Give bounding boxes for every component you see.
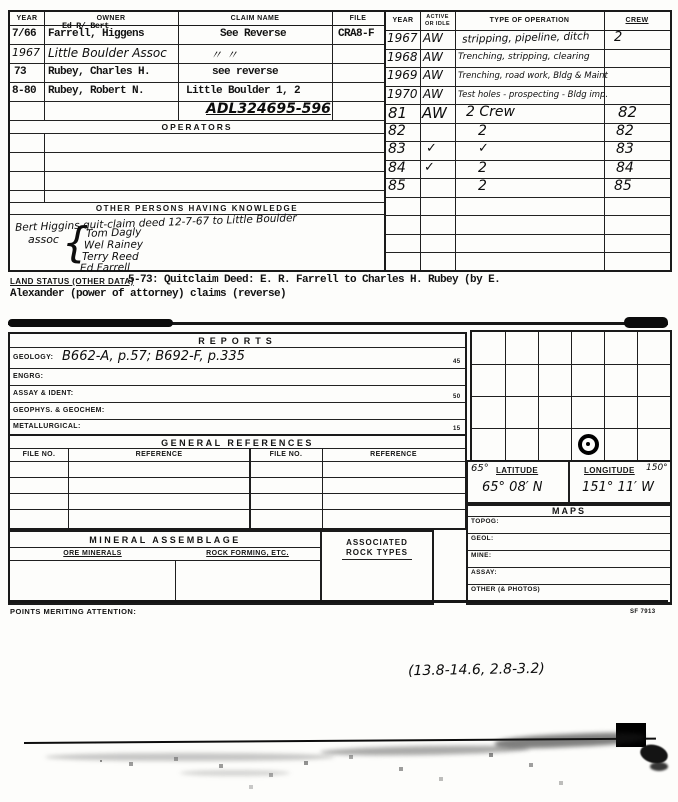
claim-name: See Reverse bbox=[220, 28, 286, 40]
report-label: GEOLOGY: bbox=[13, 354, 53, 361]
claims-header-file: FILE bbox=[332, 15, 384, 22]
ops-crew: 83 bbox=[616, 141, 634, 157]
claims-row: Ed R/ Bert 7/66 Farrell, Higgens See Rev… bbox=[10, 25, 384, 45]
ops-row: 85 2 85 bbox=[386, 178, 670, 198]
genref-header: FILE NO. bbox=[10, 451, 68, 458]
report-label: ENGRG: bbox=[13, 373, 43, 380]
ops-type: stripping, pipeline, ditch bbox=[462, 30, 590, 45]
claim-year: 7/66 bbox=[12, 28, 36, 40]
ops-empty-row bbox=[386, 252, 670, 270]
scan-smudge-band bbox=[45, 753, 335, 761]
ops-header-type: TYPE OF OPERATION bbox=[455, 17, 604, 24]
operators-header: OPERATORS bbox=[10, 120, 384, 134]
latitude-value: 65° 08′ N bbox=[482, 480, 543, 495]
ops-year: 1970 bbox=[387, 87, 418, 101]
operators-title: OPERATORS bbox=[10, 122, 384, 132]
longitude-label: LONGITUDE bbox=[584, 466, 635, 475]
form-number: SF 7913 bbox=[630, 609, 655, 615]
ops-active-idle: ✓ bbox=[424, 160, 435, 175]
maps-section: MAPS TOPOG: GEOL: MINE: ASSAY: OTHER (& … bbox=[466, 502, 672, 605]
ops-year: 1969 bbox=[387, 68, 418, 82]
ops-row: 81 AW 2 Crew 82 bbox=[386, 104, 670, 124]
ops-header-crew: CREW bbox=[604, 17, 670, 24]
ops-type: ✓ bbox=[478, 141, 489, 156]
report-col-num: 50 bbox=[453, 394, 460, 400]
land-status-label: LAND STATUS (OTHER DATA) bbox=[10, 277, 134, 286]
assoc-underline bbox=[342, 559, 412, 560]
genref-header-row: FILE NO. REFERENCE FILE NO. REFERENCE bbox=[10, 448, 465, 462]
ops-year: 84 bbox=[388, 160, 406, 176]
mineral-col-line bbox=[175, 560, 176, 602]
operations-table: YEAR ACTIVE OR IDLE TYPE OF OPERATION CR… bbox=[386, 12, 670, 270]
map-label: ASSAY: bbox=[471, 569, 497, 576]
ops-year: 82 bbox=[388, 123, 406, 139]
genref-header: REFERENCE bbox=[322, 451, 465, 458]
operator-empty-row bbox=[10, 152, 384, 172]
ops-type: 2 bbox=[478, 123, 487, 139]
claim-year: 73 bbox=[14, 66, 26, 78]
general-references-section: GENERAL REFERENCES FILE NO. REFERENCE FI… bbox=[8, 434, 467, 530]
ops-type: Test holes - prospecting - Bldg imp. bbox=[458, 90, 608, 100]
operators-col-line bbox=[44, 133, 45, 202]
claim-owner: Rubey, Charles H. bbox=[48, 66, 150, 78]
mineral-assemblage-section: MINERAL ASSEMBLAGE ORE MINERALS ROCK FOR… bbox=[8, 530, 434, 605]
operator-empty-row bbox=[10, 171, 384, 191]
associated-rock-types-line2: ROCK TYPES bbox=[322, 548, 432, 557]
scan-smudge-band bbox=[180, 770, 290, 776]
claims-row: ADL324695-596 bbox=[10, 101, 384, 121]
divider-blob-left bbox=[8, 319, 173, 327]
longitude-suffix: 150° bbox=[646, 463, 668, 473]
other-persons-title: OTHER PERSONS HAVING KNOWLEDGE bbox=[10, 204, 384, 213]
mineral-title-line bbox=[10, 547, 320, 548]
maps-row: TOPOG: bbox=[468, 516, 670, 534]
claim-file: CRA8-F bbox=[338, 28, 374, 40]
claims-table: YEAR OWNER CLAIM NAME FILE Ed R/ Bert 7/… bbox=[10, 12, 384, 270]
ops-active-idle: ✓ bbox=[426, 141, 437, 156]
ops-year: 85 bbox=[388, 178, 406, 194]
reports-row: ENGRG: bbox=[10, 368, 465, 386]
ops-crew: 82 bbox=[618, 103, 637, 121]
mineral-subheader-line bbox=[10, 560, 320, 561]
claim-owner: Little Boulder Assoc bbox=[48, 46, 167, 60]
ops-empty-row bbox=[386, 234, 670, 253]
ops-empty-row bbox=[386, 197, 670, 216]
ops-empty-row bbox=[386, 215, 670, 235]
latitude-prefix: 65° bbox=[471, 463, 489, 474]
report-label: METALLURGICAL: bbox=[13, 423, 81, 430]
associated-rock-types-line1: ASSOCIATED bbox=[322, 538, 432, 547]
ops-active-idle: AW bbox=[423, 87, 443, 101]
ops-row: 1968 AW Trenching, stripping, clearing bbox=[386, 49, 670, 68]
ops-year: 83 bbox=[388, 141, 406, 157]
scan-smudge-band bbox=[495, 731, 645, 751]
genref-title: GENERAL REFERENCES bbox=[10, 438, 465, 448]
maps-title: MAPS bbox=[468, 506, 670, 516]
claim-name: see reverse bbox=[212, 66, 278, 78]
location-marker-dot bbox=[586, 442, 590, 446]
operator-empty-row bbox=[10, 133, 384, 153]
scan-artifact-blob bbox=[650, 762, 668, 771]
ops-row: 1969 AW Trenching, road work, Bldg & Mai… bbox=[386, 67, 670, 87]
land-status-line1: 5-73: Quitclaim Deed: E. R. Farrell to C… bbox=[128, 274, 500, 286]
ops-type: 2 bbox=[478, 178, 487, 194]
ops-active-idle: AW bbox=[422, 104, 447, 122]
maps-row: MINE: bbox=[468, 550, 670, 568]
genref-col-line bbox=[68, 448, 69, 528]
ops-year: 1968 bbox=[387, 50, 418, 64]
map-label: OTHER (& PHOTOS) bbox=[471, 586, 540, 593]
map-label: TOPOG: bbox=[471, 518, 499, 525]
ops-year: 1967 bbox=[387, 31, 418, 45]
reports-title-row: REPORTS bbox=[10, 334, 465, 348]
maps-row: GEOL: bbox=[468, 533, 670, 551]
report-label: ASSAY & IDENT: bbox=[13, 390, 73, 397]
report-label: GEOPHYS. & GEOCHEM: bbox=[13, 407, 105, 414]
grid-line bbox=[472, 364, 670, 365]
ops-active-idle: AW bbox=[423, 31, 443, 45]
genref-col-line bbox=[322, 448, 323, 528]
reports-row: METALLURGICAL: 15 bbox=[10, 419, 465, 434]
claim-name: 〃 〃 bbox=[210, 46, 238, 63]
reports-row: ASSAY & IDENT: 50 bbox=[10, 385, 465, 403]
longitude-value: 151° 11′ W bbox=[582, 480, 654, 495]
genref-header: REFERENCE bbox=[68, 451, 250, 458]
ops-crew: 2 bbox=[614, 30, 622, 45]
other-persons-header: OTHER PERSONS HAVING KNOWLEDGE bbox=[10, 202, 384, 215]
ops-crew: 82 bbox=[616, 123, 634, 139]
ops-year: 81 bbox=[388, 104, 407, 122]
scanned-mining-claim-form: YEAR OWNER CLAIM NAME FILE Ed R/ Bert 7/… bbox=[0, 0, 678, 802]
claim-name: ADL324695-596 bbox=[206, 101, 331, 117]
scan-speckles bbox=[100, 760, 102, 762]
ops-row: 84 ✓ 2 84 bbox=[386, 160, 670, 179]
ops-type: Trenching, road work, Bldg & Maint bbox=[458, 71, 608, 81]
reports-row: GEOPHYS. & GEOCHEM: bbox=[10, 402, 465, 420]
genref-row-line bbox=[10, 477, 465, 478]
ops-header-year: YEAR bbox=[386, 17, 420, 24]
operations-header-row: YEAR ACTIVE OR IDLE TYPE OF OPERATION CR… bbox=[386, 12, 670, 31]
report-value: B662-A, p.57; B692-F, p.335 bbox=[62, 349, 245, 364]
claim-owner: Farrell, Higgens bbox=[48, 28, 144, 40]
genref-header: FILE NO. bbox=[250, 451, 322, 458]
points-meriting-attention-label: POINTS MERITING ATTENTION: bbox=[10, 607, 136, 616]
handwritten-note: (13.8-14.6, 2.8-3.2) bbox=[408, 661, 545, 679]
ops-type: 2 Crew bbox=[466, 104, 515, 120]
knowledge-person: Wel Rainey bbox=[84, 238, 143, 251]
land-status-line2: Alexander (power of attorney) claims (re… bbox=[10, 288, 286, 300]
maps-row: ASSAY: bbox=[468, 567, 670, 585]
footer-rule bbox=[8, 600, 668, 603]
claims-header-year: YEAR bbox=[10, 15, 44, 22]
ops-header-active1: ACTIVE bbox=[420, 14, 455, 20]
latitude-label: LATITUDE bbox=[496, 466, 538, 475]
ops-row: 1967 AW stripping, pipeline, ditch 2 bbox=[386, 30, 670, 50]
ops-active-idle: AW bbox=[423, 68, 443, 82]
mineral-col1-header: ORE MINERALS bbox=[10, 550, 175, 557]
ops-active-idle: AW bbox=[423, 50, 443, 64]
claim-owner: Rubey, Robert N. bbox=[48, 85, 144, 97]
claims-row: 73 Rubey, Charles H. see reverse bbox=[10, 63, 384, 83]
top-table: YEAR OWNER CLAIM NAME FILE Ed R/ Bert 7/… bbox=[8, 10, 672, 272]
claims-row: 1967 Little Boulder Assoc 〃 〃 bbox=[10, 44, 384, 64]
ops-crew: 84 bbox=[616, 160, 634, 176]
other-persons-note: Bert Higgins quit-claim deed 12-7-67 to … bbox=[15, 212, 297, 234]
genref-row-line bbox=[10, 493, 465, 494]
assoc-label: assoc bbox=[28, 233, 59, 246]
claim-year: 8-80 bbox=[12, 85, 36, 97]
report-col-num: 45 bbox=[453, 359, 460, 365]
ops-row: 82 2 82 bbox=[386, 123, 670, 142]
divider-blob-right bbox=[624, 317, 668, 328]
land-status-section: LAND STATUS (OTHER DATA) 5-73: Quitclaim… bbox=[8, 272, 668, 316]
mineral-title: MINERAL ASSEMBLAGE bbox=[10, 535, 320, 545]
claims-row: 8-80 Rubey, Robert N. Little Boulder 1, … bbox=[10, 82, 384, 102]
section-divider bbox=[8, 317, 668, 331]
coord-divider bbox=[568, 462, 570, 504]
ops-type: 2 bbox=[478, 160, 487, 176]
coordinates-section: 65° LATITUDE 65° 08′ N LONGITUDE 150° 15… bbox=[466, 460, 672, 506]
location-marker bbox=[578, 434, 599, 455]
genref-col-line bbox=[249, 448, 251, 528]
map-label: MINE: bbox=[471, 552, 491, 559]
grid-line bbox=[472, 428, 670, 429]
report-col-num: 15 bbox=[453, 426, 460, 432]
ops-row: 83 ✓ ✓ 83 bbox=[386, 141, 670, 161]
mineral-col2-header: ROCK FORMING, ETC. bbox=[175, 550, 320, 557]
reports-section: REPORTS GEOLOGY: B662-A, p.57; B692-F, p… bbox=[8, 332, 467, 436]
genref-row-line bbox=[10, 509, 465, 510]
claim-name: Little Boulder 1, 2 bbox=[186, 85, 300, 97]
claims-header-claim: CLAIM NAME bbox=[178, 15, 332, 22]
reports-row: GEOLOGY: B662-A, p.57; B692-F, p.335 45 bbox=[10, 347, 465, 369]
ops-crew: 85 bbox=[614, 178, 632, 194]
map-label: GEOL: bbox=[471, 535, 494, 542]
claim-year: 1967 bbox=[12, 46, 40, 59]
grid-line bbox=[472, 396, 670, 397]
ops-header-active2: OR IDLE bbox=[420, 21, 455, 27]
reports-title: REPORTS bbox=[10, 336, 465, 346]
ops-type: Trenching, stripping, clearing bbox=[458, 52, 590, 62]
location-grid bbox=[470, 330, 672, 462]
